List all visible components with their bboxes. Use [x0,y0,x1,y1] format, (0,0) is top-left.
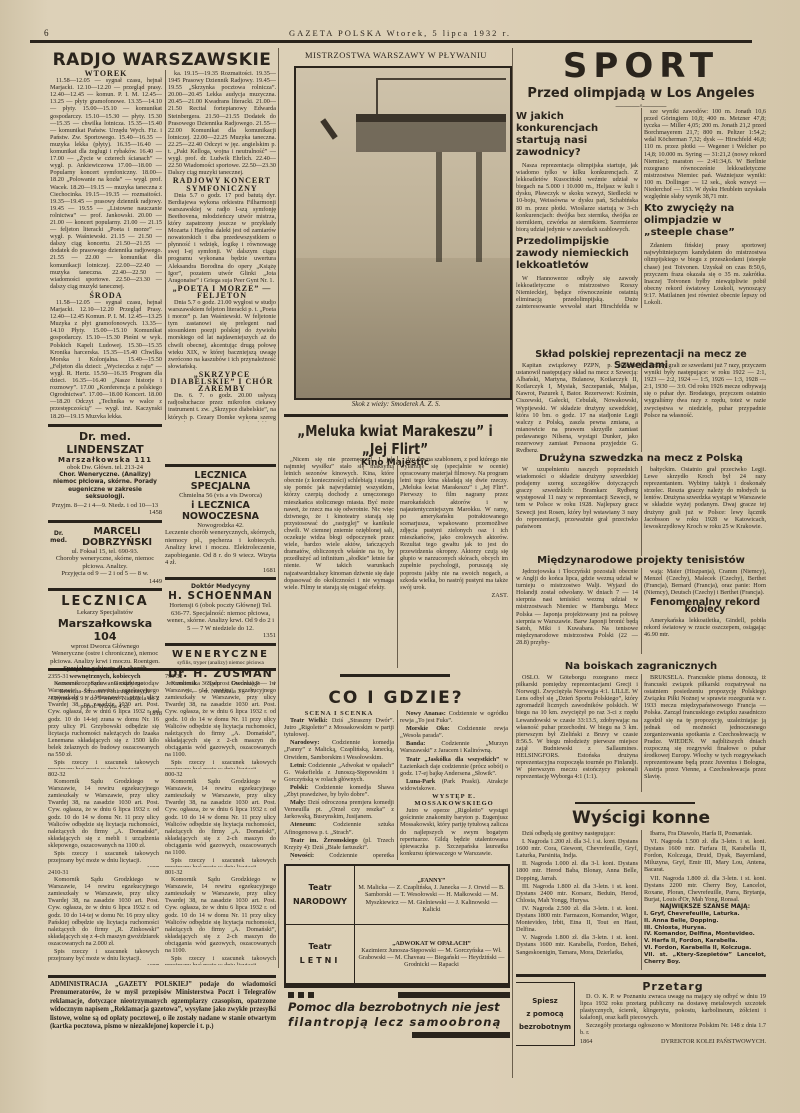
wyscigi-intro: Dziś odbędą się gonitwy następujące: [516,830,638,837]
notice: 799-32 Komornik Sądu Grodzkiego w Warsza… [165,673,276,769]
ad-lecznica-sub: Lekarzy Specjalistów [48,609,162,617]
notice-id: 801-32 [165,869,276,876]
symphony-text: Dnia 5.7 o godz. 17 pod batutą dyr. Berd… [168,192,276,284]
film-text: dzo dawna szablonem, z pod którego nie w… [400,456,508,591]
art8-col-1: OSLO. W Göteborgu rozegrano mecz piłkars… [516,674,638,792]
guest-title: WYSTĘP E. MOSSAKOWSKIEGO [400,793,508,807]
venue-entry: Teatr Wielki: Dziś „Straszny Dwór”. Jutr… [284,717,394,738]
photo-tower-pillar [476,152,482,262]
theater-label-2: LETNI [289,954,351,968]
chance-item: IV. Komandor, Delfina, Montevideo. [644,931,766,938]
notice-footer: Spis rzeczy i szacunek takowych przejrza… [48,948,159,962]
cogdzie-divider [397,710,398,860]
article-text: Kapitan związkowy PZPN, p. Kałuża, ustan… [516,362,638,452]
skrzypce-text: Dn. 6. 7. o godz. 20.00 usłyszą radjosłu… [168,392,276,422]
guest-text: Jutro w operze „Rigoletto” wystąpi gości… [400,807,508,857]
notice: 801-32 Komornik Sądu Grodzkiego w Warsza… [165,869,276,965]
symphony-title: RADJOWY KONCERT SYMFONICZNY [168,177,276,191]
sport-col-1: W jakich konkurencjach startują nasi zaw… [516,108,638,308]
radio-schedule-tuesday: 11.58—12.05 — sygnał czasu, hejnał Marja… [50,77,162,290]
art4-col-1: Kapitan związkowy PZPN, p. Kałuża, ustan… [516,362,638,452]
art5-header: Drużyna szwedzka na mecz z Polską [516,450,766,467]
notice-footer: Spis rzeczy i szacunek takowych przejrza… [165,857,276,867]
przetarg-text: D. O. K. P. w Poznaniu zwraca uwagę na m… [580,993,766,1021]
notice-id: 2410-31 [48,869,159,876]
swimming-photo [294,66,512,400]
theater-play: „ADWOKAT W OPAŁACH” [358,940,505,947]
notice-footer: Spis rzeczy i szacunek takowych przejrza… [165,759,276,769]
photo-caption: Skok z wieży: Smoderek A. Z. S. [282,400,510,408]
theater-label: Teatr LETNI [285,925,355,985]
admin-rule [48,975,276,978]
poeta-title: „POETA I MORZE” — FELJETON [168,285,276,299]
article-title: Na boiskach zagranicznych [516,661,766,672]
radio-schedule-wednesday: 11.58—12.05 — sygnał czasu, hejnał Marja… [50,299,162,418]
photo-water [296,258,510,398]
spiesz-box: Spiesz z pomocą bezrobotnym [516,982,575,1046]
venue-name: Teatr im. Żeromskiego [290,837,358,844]
cogdzie-rule [340,674,450,677]
notice-text: Komornik Sądu Grodzkiego w Warszawie, 14… [48,778,159,849]
sport-divider [641,830,642,970]
venue-name: Banda: [406,740,425,747]
ad-schoenman-desc: Hortensji 6 (obok poczty Głównej) Tel. 6… [165,602,276,632]
ad-lecznica-address: Marszałkowska 104 [48,617,162,643]
theater-row: Teatr LETNI „ADWOKAT W OPAŁACH” Kazimier… [285,925,509,985]
film-text: „Nicem się nie przemęczać! I jak najmnie… [284,456,394,591]
ornament-rule [575,802,695,804]
race: III. Nagroda 1.800 zł. dla 3-letn. i st.… [516,883,638,904]
ad-specjalna-title2: i LECZNICA NOWOCZESNA [165,500,276,522]
race-horses: Ibarra, Fra Diawolo, Harfa II, Poznaniak… [644,830,766,837]
art5-col-2: bałtyckim. Ostatnio grał przeciwko Legji… [644,466,766,556]
pomoc-line-2: filantropją lecz samoobroną [288,1015,510,1030]
wyscigi-title: Wyścigi konne [516,808,766,828]
przetarg-signature: DYREKTOR KOLEI PAŃSTWOWYCH. [661,1038,766,1045]
ad-lindenszat-address: Marszałkowska 111 [48,456,162,464]
theater-label-2: NARODOWY [289,895,351,909]
ad-schoenman-code: 1351 [165,632,276,640]
bullet-icon [298,992,304,998]
newspaper-page: 6 GAZETA POLSKA Wtorek, 5 lipca 1932 r. … [0,0,800,1113]
sport-divider [641,568,642,654]
photo-railing [376,78,506,80]
notice-id: 799-32 [165,673,276,680]
article-text: Amerykańska lekkoatletka, Gindell, pobił… [644,617,766,638]
theater-label-1: Teatr [289,940,351,954]
venue-name: Teatr „Jaskółka dla wszystkich” [406,756,499,763]
sport-title: SPORT [516,46,766,86]
przetarg-section: Przetarg D. O. K. P. w Poznaniu zwraca u… [580,980,766,1045]
art6-header: Międzynarodowe projekty tenisistów [516,552,766,569]
venue-entry: Nowości: Codziennie operetka „Abraham” z… [284,852,394,860]
notice: 2355-31 Komornik Sądu Grodzkiego w Warsz… [48,673,159,769]
ad-dobrzynski-desc: Choroby weneryczne, skórne, niemoc płcio… [48,555,162,570]
notice-id: 800-32 [165,771,276,778]
radio-column-1: WTOREK 11.58—12.05 — sygnał czasu, hejna… [50,70,162,418]
admin-notice: ADMINISTRACJA „GAZETY POLSKIEJ” podaje d… [50,981,276,1031]
cogdzie-section: SCENA I SCENKA [284,710,394,717]
chances-list: I. Gryf, Chevrefeuille, Laturka. II. Ann… [644,911,766,965]
notice-text: Komornik Sądu Grodzkiego w Warszawie, 14… [48,680,159,758]
ad-dobrzynski-name: MARCELI DOBRZYŃSKI [72,526,162,548]
photo-platform-base [356,122,506,152]
art5-col-1: W uzupełnieniu naszych poprzednich wiado… [516,466,638,556]
notice-id: 802-32 [48,771,159,778]
swimming-title: MISTRZOSTWA WARSZAWY W PŁYWANIU [282,50,510,60]
cogdzie-column-2: Nowy Ananas: Codziennie w ogródku rewja … [400,710,508,860]
article-text: BRUKSELA. Francuskie pisma donoszą, iż f… [644,674,766,780]
venue-entry: Teatr im. Żeromskiego (pl. Trzech Krzyży… [284,837,394,851]
sport-header: SPORT Przed olimpjadą w Los Angeles ―――◦… [516,46,766,111]
sport-divider [641,466,642,556]
art8-col-2: BRUKSELA. Francuskie pisma donoszą, iż f… [644,674,766,792]
przetarg-title: Przetarg [580,980,766,993]
ad-schoenman-name: H. SCHOENMAN [165,590,276,602]
venue-entry: Mały: Dziś odroczona premjera komedji Ve… [284,799,394,820]
photo-diver [320,118,338,139]
ad-dobrzynski-hours: Przyjęcia od 9 — 2 i od 5 — 8 w. [48,570,162,578]
notice-id: 2355-31 [48,673,159,680]
chance-item: VI. Fordon, Karabella II, Kolczuga. [644,945,766,952]
venue-name: Narodowy: [290,739,319,746]
ad-zusman-sub: syfilis, tryper (analizy) niemoc płciowa [165,660,276,668]
article-title: W jakich konkurencjach startują nasi zaw… [516,111,638,159]
sport-divider [641,108,642,308]
przetarg-body: D. O. K. P. w Poznaniu zwraca uwagę na m… [580,993,766,1045]
notice-code: 1857 [48,963,159,965]
skrzypce-title: „SKRZYPCE DIABELSKIE” I CHÓR ZAREMBY [168,371,276,392]
chances-title: NAJWIĘKSZE SZANSE MAJĄ: [644,904,766,911]
race: V. Nagroda 1.800 zł. dla 3-letn. i st. k… [516,934,638,955]
notice-text: Komornik Sądu Grodzkiego w Warszawie, 14… [165,680,276,758]
art4-col-2: Polacy grali ze szwedami już 7 razy, prz… [644,362,766,452]
radio-day-tuesday: WTOREK [50,70,162,77]
film-title: „Meluka kwiat Marakeszu” i „Jej Flirt” [293,422,498,458]
venue-name: Ateneum: [290,821,316,828]
article-text: Polacy grali ze szwedami już 7 razy, prz… [644,362,766,419]
art6-col-1: Jędrzejowska i Tłoczyński pozostali obec… [516,568,638,654]
page-number: 6 [44,28,49,38]
article-title: Przedolimpijskie zawody niemieckich lekk… [516,236,638,272]
photo-tower-pillar [436,152,442,262]
spiesz-line-3: bezrobotnym [519,1021,571,1034]
article-text: OSLO. W Göteborgu rozegrano mecz piłkars… [516,674,638,780]
theater-cast: „FANNY” M. Malicka — Z. Czaplińska, J. J… [355,865,510,925]
venue-entry: Morskie Oko: Codziennie rewja „Wesoła pa… [400,725,508,739]
venue-entry: Polski: Codziennie komedja Shawa „Zbyt p… [284,784,394,798]
chance-item: III. Chlosta, Hurysa. [644,925,766,932]
article-title: Kto zwycięży na olimpjadzie w „steeple c… [644,203,766,239]
bullet-icon [288,992,294,998]
article-text: W uzupełnieniu naszych poprzednich wiado… [516,466,638,530]
theater-play: „FANNY” [358,877,505,884]
ad-lecznica-near: wprost Dworca Głównego [48,643,162,651]
spiesz-line-2: z pomocą [526,1008,563,1021]
venue-name: Luna-Park [406,778,435,785]
venue-entry: Nowy Ananas: Codziennie w ogródku rewja … [400,710,508,724]
race: II. Nagroda 1.000 zł. dla 3-l. koni. Dys… [516,860,638,881]
sport-divider [641,674,642,792]
ad-dobrzynski-prefix: Dr. med. [48,530,69,544]
notice-footer: Spis rzeczy i szacunek takowych przejrza… [48,759,159,769]
banner-bar [412,1032,510,1038]
film-column-2: dzo dawna szablonem, z pod którego nie w… [400,456,508,668]
article-text: wają: Maier (Hiszpanja), Cramm (Niemcy),… [644,568,766,596]
venue-name: Morskie Oko: [406,725,450,732]
sport-divider [641,362,642,452]
theater-table-wrap: Teatr NARODOWY „FANNY” M. Malicka — Z. C… [284,864,510,985]
chance-item: V. Harfa II, Fordon, Karabella. [644,938,766,945]
ad-lecznica-desc1: Weneryczne (ostre i chroniczne), niemoc … [48,650,162,665]
ad-lindenszat-near: obok Dw. Główn. tel. 213-24 [48,464,162,472]
ad-specjalna-addr1: Chmielna 56 (vis a vis Dworca) [165,492,276,500]
film-rule [284,414,508,417]
przetarg-text2: Szczegóły przetargu ogłoszono w Monitorz… [580,1022,766,1036]
chance-item: II. Anna Belle, Dopping. [644,918,766,925]
masthead: GAZETA POLSKA Wtorek, 5 lipca 1932 r. [190,28,610,38]
ad-specjalna-desc: Leczenie chorób wenerycznych, skórnych, … [165,529,276,567]
notice: 2410-31 Komornik Sądu Grodzkiego w Warsz… [48,869,159,965]
theater-label: Teatr NARODOWY [285,865,355,925]
article-text: Jędrzejowska i Tłoczyński pozostali obec… [516,568,638,646]
pomoc-line-1: Pomoc dla bezrobotnych nie jest [288,1000,510,1015]
przetarg-code: 1864 [580,1038,592,1045]
venue-name: Nowości: [290,852,314,859]
cogdzie-column-1: SCENA I SCENKA Teatr Wielki: Dziś „Stras… [284,710,394,860]
theater-cast-list: M. Malicka — Z. Czaplińska, J. Janecka —… [358,884,505,912]
radio-title: RADJO WARSZAWSKIE [50,50,274,70]
column-divider [512,48,513,1078]
sport-col-2: sze wyniki zawodów: 100 m. Jonath 10,6 p… [644,108,766,308]
notice-text: Komornik Sądu Grodzkiego w Warszawie, 14… [165,778,276,856]
theater-label-1: Teatr [289,881,351,895]
ad-lecznica-title: LECZNICA [48,594,162,609]
radio-day-wednesday: ŚRODA [50,292,162,299]
art8-header: Na boiskach zagranicznych [516,658,766,675]
chance-item: VII. st. „Ktery-Szepietów” Lancelot, Che… [644,952,766,966]
ad-specjalna-addr2: Nowogrodzka 42. [165,522,276,530]
theater-cast: „ADWOKAT W OPAŁACH” Kazimierz Junosza-St… [355,925,510,985]
photo-diving-platform [356,114,506,122]
article-title: Fenomenalny rekord kobiecy [644,599,766,613]
notice-footer: Spis rzeczy i szacunek takowych przejrza… [165,955,276,965]
przetarg-rule [516,974,766,977]
ad-dobrzynski-address: ul. Foksal 15, tel. 690-93. [48,548,162,556]
ad-specjalna-code: 1681 [165,567,276,575]
ad-lindenszat-code: 1458 [48,509,162,517]
article-text: W Hannowerze odbyły się zawody lekkoatle… [516,275,638,308]
ad-lindenszat-hours: Przyjm. 8—2 i 4—9. Niedz. i od 10—13 [48,502,162,510]
theater-row: Teatr NARODOWY „FANNY” M. Malicka — Z. C… [285,865,509,925]
venue-entry: Banda: Codziennie „Murzyn Warszawski” z … [400,740,508,754]
venue-entry: Ateneum: Codziennie sztuka Afinogenowa p… [284,821,394,835]
race: VI. Nagroda 1.500 zł. dla 3-letn. i st. … [644,838,766,873]
article-title: Drużyna szwedzka na mecz z Polską [516,453,766,464]
venue-name: Teatr Wielki: [290,717,328,724]
film-signature: ZAST. [400,592,508,599]
ad-column-right: LECZNICA SPECJALNA Chmielna 56 (vis a vi… [165,424,276,698]
sport-subtitle: Przed olimpjadą w Los Angeles [516,86,766,101]
ad-zusman-title: WENERYCZNE [165,649,276,660]
notice-text: Komornik Sądu Grodzkiego w Warszawie, 14… [48,876,159,947]
notice-text: Komornik Sądu Grodzkiego w Warszawie, 14… [165,876,276,954]
venue-entry: Narodowy: Codziennie komedja „Fanny” z M… [284,739,394,760]
notices-rule [48,668,276,671]
radio-schedule-cont: ka. 19.15—19.35 Rozmaitości. 19.35—1945 … [168,70,276,176]
pomoc-banner: Pomoc dla bezrobotnych nie jest filantro… [288,992,510,1038]
race: I. Nagroda 1.200 zł. dla 3-l. i st. koni… [516,838,638,859]
venue-entry: Teatr „Jaskółka dla wszystkich” w Łazien… [400,756,508,777]
chance-item: I. Gryf, Chevrefeuille, Laturka. [644,911,766,918]
poeta-text: Dnia 5.7 o godz. 21.00 wygłosi w studjo … [168,299,276,370]
ad-lindenszat-name: Dr. med. LINDENSZAT [48,430,162,456]
article-text: bałtyckim. Ostatnio grał przeciwko Legji… [644,466,766,530]
theater-table: Teatr NARODOWY „FANNY” M. Malicka — Z. C… [284,864,510,985]
ad-lindenszat-desc: Chor. Weneryczne. (Analizy) niemoc płcio… [48,472,162,502]
race: VII. Nagroda 1.800 zł. dla 3-letn. i st.… [644,875,766,903]
ad-dobrzynski-code: 1449 [48,578,162,586]
notice-code: 1857 [48,865,159,867]
notice: 800-32 Komornik Sądu Grodzkiego w Warsza… [165,771,276,867]
venue-name: Nowy Ananas: [406,710,446,717]
race: IV. Nagroda 2.500 zł. dla 3-letn. i st. … [516,905,638,933]
radio-divider [165,70,166,420]
banner-bar [398,992,510,998]
bullet-icon [308,992,314,998]
article-text: Nasza reprezentacja olimpijska startuje,… [516,162,638,233]
ad-specjalna-title1: LECZNICA SPECJALNA [165,470,276,492]
notice-footer: Spis rzeczy i szacunek takowych przejrza… [48,850,159,864]
venue-name: Letni: [290,762,306,769]
film-column-1: „Nicem się nie przemęczać! I jak najmnie… [284,456,394,668]
wyscigi-col-2: Ibarra, Fra Diawolo, Harfa II, Poznaniak… [644,830,766,970]
article-title: Międzynarodowe projekty tenisistów [516,555,766,566]
venue-entry: Letni: Codziennie „Adwokat w opałach” G.… [284,762,394,783]
wyscigi-col-1: Dziś odbędą się gonitwy następujące: I. … [516,830,638,970]
venue-name: Polski: [290,784,308,791]
venue-entry: Luna-Park (Park Praski). Atrakcje widowi… [400,778,508,792]
film-divider [397,456,398,668]
article-text: Zdaniem fińskiej prasy sportowej najwybi… [644,242,766,306]
venue-name: Mały: [290,799,306,806]
article-text: sze wyniki zawodów: 100 m. Jonath 10,6 p… [644,108,766,200]
spiesz-line-1: Spiesz [532,995,557,1008]
theater-cast-list: Kazimierz Junosza-Stępowski — M. Gorczyń… [358,947,505,968]
column-divider [278,48,279,968]
radio-column-2: ka. 19.15—19.35 Rozmaitości. 19.35—1945 … [168,70,276,422]
cogdzie-title: CO I GDZIE? [282,688,510,708]
radio-section: RADJO WARSZAWSKIE [50,50,274,70]
ad-schoenman-sub: Doktór Medycyny [165,583,276,590]
notice: 802-32 Komornik Sądu Grodzkiego w Warsza… [48,771,159,867]
header-rule [30,40,752,43]
pomoc-rule [284,985,510,988]
art6-col-2: wają: Maier (Hiszpanja), Cramm (Niemcy),… [644,568,766,654]
photo-railing [376,78,378,114]
notices-grid: 2355-31 Komornik Sądu Grodzkiego w Warsz… [48,673,276,965]
